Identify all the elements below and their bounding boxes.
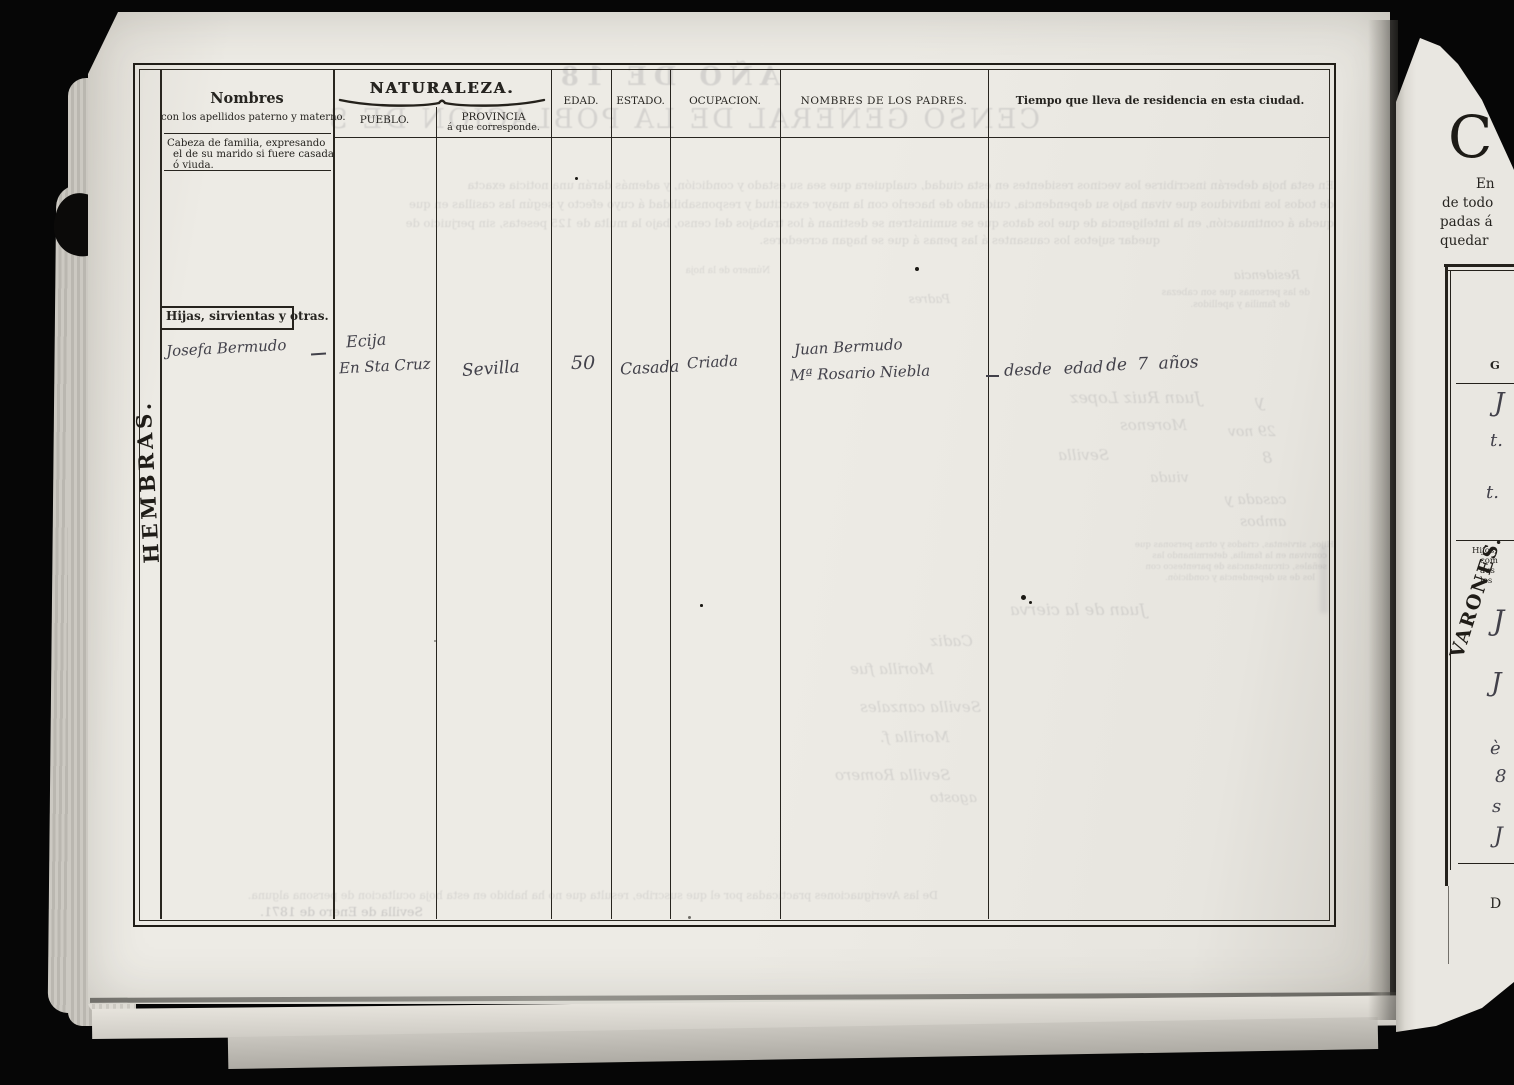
right-table-rule — [1444, 264, 1514, 267]
ink-speck — [1021, 595, 1026, 600]
ink-speck — [688, 916, 691, 919]
handwritten-dash — [986, 375, 999, 377]
ink-speck — [575, 177, 578, 180]
col-header-naturaleza: NATURALEZA. — [333, 79, 551, 97]
right-handwriting-mark: s — [1492, 796, 1501, 817]
right-page-text-fragment: padas á — [1440, 214, 1493, 230]
handwritten-estado: Casada — [620, 356, 680, 378]
right-table-rule — [1448, 886, 1449, 964]
right-page-drop-cap: C — [1448, 108, 1492, 166]
right-page-text-fragment: de todo — [1442, 195, 1493, 211]
right-table-rule — [1458, 863, 1514, 864]
col-header-edad: EDAD. — [551, 95, 611, 107]
right-handwriting-mark: J — [1494, 388, 1504, 418]
header-rule — [334, 137, 1330, 138]
right-table-rule — [1456, 383, 1514, 384]
right-page: C En de todo padas á quedar G Hijos, com… — [1396, 30, 1514, 1035]
ink-speck — [915, 267, 919, 271]
col-header-nombres-sub: con los apellidos paterno y materno. — [161, 112, 333, 123]
column-rule — [611, 70, 612, 919]
right-table-rule — [1445, 264, 1448, 886]
handwritten-residencia-1: desde edad — [1004, 357, 1104, 379]
column-rule — [551, 70, 552, 919]
right-page-text-fragment-d: D — [1490, 896, 1501, 912]
handwritten-pueblo-1: Ecija — [345, 330, 386, 352]
right-handwriting-mark: t. — [1486, 482, 1499, 503]
ink-speck — [434, 640, 436, 642]
col-header-provincia-sub: á que corresponde. — [437, 122, 550, 133]
header-rule — [164, 133, 331, 134]
right-table-rule — [1448, 270, 1514, 271]
handwritten-residencia-2: de 7 años — [1106, 352, 1199, 375]
col-header-residencia: Tiempo que lleva de residencia en esta c… — [988, 94, 1332, 107]
cabeza-de-familia-note: Cabeza de familia, expresando el de su m… — [167, 139, 335, 171]
right-page-text-fragment: quedar — [1440, 233, 1488, 249]
right-page-text-fragment: En — [1476, 176, 1495, 192]
right-handwriting-mark: J — [1493, 604, 1504, 637]
col-header-ocupacion: OCUPACION. — [670, 95, 780, 107]
right-handwriting-mark: J — [1491, 668, 1501, 698]
column-rule — [780, 70, 781, 919]
handwritten-ocupacion: Criada — [687, 352, 739, 373]
col-header-padres: NOMBRES DE LOS PADRES. — [780, 95, 988, 107]
col-header-nombres: Nombres — [161, 90, 333, 107]
ink-speck — [700, 604, 703, 607]
gutter-seam — [1368, 20, 1398, 1020]
column-rule — [436, 107, 437, 919]
column-rule — [333, 70, 335, 919]
table-border-inner — [139, 69, 1330, 921]
right-handwriting-mark: è — [1490, 738, 1501, 759]
right-col-header-fragment: G — [1490, 358, 1500, 372]
handwritten-provincia: Sevilla — [461, 357, 520, 381]
section-label: Hijas, sirvientas y otras. — [166, 309, 290, 323]
col-header-pueblo: PUEBLO. — [334, 114, 435, 126]
column-rule — [670, 70, 671, 919]
ink-speck — [1029, 601, 1032, 604]
column-rule — [988, 70, 989, 919]
right-table-rule — [1450, 270, 1451, 870]
right-handwriting-mark: 8 — [1495, 766, 1506, 787]
right-handwriting-mark: t. — [1490, 430, 1503, 451]
naturaleza-brace — [337, 96, 547, 109]
handwritten-edad: 50 — [571, 352, 595, 374]
col-header-estado: ESTADO. — [611, 95, 670, 107]
right-handwriting-mark: J — [1494, 824, 1503, 849]
